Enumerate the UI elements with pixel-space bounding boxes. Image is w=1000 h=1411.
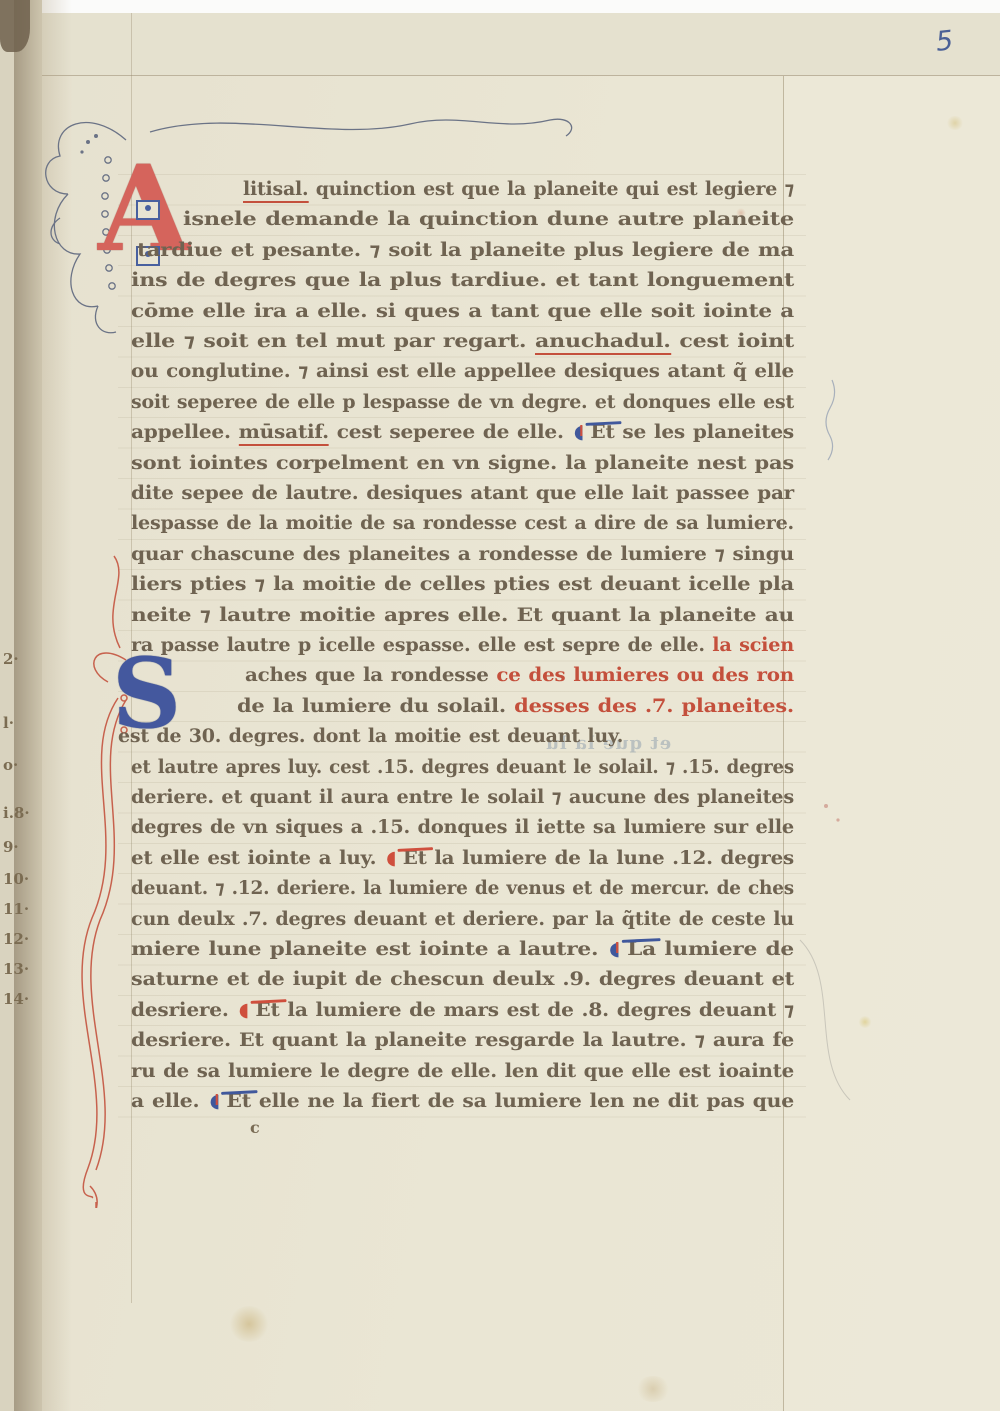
top-crease-line xyxy=(20,75,1000,76)
text-line: desriere. ◖Et la lumiere de mars est de … xyxy=(131,999,794,1028)
pilcrow-mark: ◖ xyxy=(209,1090,220,1112)
text-line: quar chascune des planeites a rondesse d… xyxy=(131,543,794,572)
text-segment: mūsatif. xyxy=(239,421,329,446)
text-segment: elle ⁊ soit en tel mut par regart. xyxy=(131,330,535,352)
text-line: saturne et de iupit de chescun deulx .9.… xyxy=(131,968,794,997)
text-line: isnele demande la quinction dune autre p… xyxy=(183,208,794,237)
text-segment: litisal. xyxy=(243,178,308,203)
text-segment: deuant. ⁊ .12. deriere. la lumiere de ve… xyxy=(131,877,794,899)
text-segment: ins de degres que la plus tardiue. et ta… xyxy=(131,269,794,291)
text-segment: saturne et de iupit de chescun deulx .9.… xyxy=(131,968,794,990)
text-segment: desriere. Et quant la planeite resgarde … xyxy=(131,1029,794,1051)
text-segment: anuchadul. xyxy=(535,330,671,355)
folio-number: 5 xyxy=(934,25,954,58)
gutter-fragment: 12· xyxy=(3,930,29,948)
text-segment: cest ioint xyxy=(671,330,794,352)
text-segment: ou conglutine. ⁊ ainsi est elle appellee… xyxy=(131,360,794,382)
pilcrow-mark: ◖ xyxy=(609,938,620,960)
text-line: ins de degres que la plus tardiue. et ta… xyxy=(131,269,794,298)
text-segment: lespasse de la moitie de sa rondesse ces… xyxy=(131,512,794,534)
text-segment: miere lune planeite est iointe a lautre. xyxy=(131,938,607,960)
text-segment: Et la lumiere de mars est de .8. degres … xyxy=(255,999,794,1021)
manuscript-photo: { "page": { "folio_number": "5", "catchw… xyxy=(0,0,1000,1411)
pilcrow-mark: ◖ xyxy=(574,421,584,443)
text-line: dite sepee de lautre. desiques atant que… xyxy=(131,482,794,511)
parchment-stain xyxy=(946,116,964,130)
text-segment: Et la lumiere de la lune .12. degres xyxy=(403,847,794,869)
text-segment: neite ⁊ lautre moitie apres elle. Et qua… xyxy=(131,604,794,626)
parchment-stain xyxy=(858,1016,872,1028)
text-segment: degres de vn siques a .15. donques il ie… xyxy=(131,816,794,838)
text-line: et lautre apres luy. cest .15. degres de… xyxy=(131,756,794,785)
catchword: c xyxy=(250,1118,260,1137)
text-segment: a elle. xyxy=(131,1090,207,1112)
rubric-segment: la scien xyxy=(712,634,794,656)
text-segment: tardiue et pesante. ⁊ soit la planeite p… xyxy=(137,239,794,261)
rubric-segment: ce des lumieres ou des ron xyxy=(496,664,794,686)
text-line: cōme elle ira a elle. si ques a tant que… xyxy=(131,300,794,329)
text-line: et elle est iointe a luy. ◖Et la lumiere… xyxy=(131,847,794,876)
initial-a-ornament xyxy=(136,200,160,220)
text-line: liers pties ⁊ la moitie de celles pties … xyxy=(131,573,794,602)
text-line: aches que la rondesse ce des lumieres ou… xyxy=(245,664,794,693)
text-segment: ra passe lautre p icelle espasse. elle e… xyxy=(131,634,712,656)
text-line: degres de vn siques a .15. donques il ie… xyxy=(131,816,794,845)
text-line: deuant. ⁊ .12. deriere. la lumiere de ve… xyxy=(131,877,794,906)
text-segment: quinction est que la planeite qui est le… xyxy=(308,178,794,200)
text-segment: et lautre apres luy. cest .15. degres de… xyxy=(131,756,794,778)
page-top-band xyxy=(16,13,1000,76)
text-segment: cōme elle ira a elle. si ques a tant que… xyxy=(131,300,794,322)
gutter-fragment: 14· xyxy=(3,990,29,1008)
text-line: est de 30. degres. dont la moitie est de… xyxy=(118,725,623,754)
text-segment: soit seperee de elle p lespasse de vn de… xyxy=(131,391,794,413)
text-line: miere lune planeite est iointe a lautre.… xyxy=(131,938,794,967)
text-line: deriere. et quant il aura entre le solai… xyxy=(131,786,794,815)
text-line: elle ⁊ soit en tel mut par regart. anuch… xyxy=(131,330,794,359)
text-segment: est de 30. degres. dont la moitie est de… xyxy=(118,725,623,747)
text-line: de la lumiere du solail. desses des .7. … xyxy=(237,695,794,724)
binding-corner xyxy=(0,0,30,52)
text-line: litisal. quinction est que la planeite q… xyxy=(243,178,794,207)
gutter-fragment: 2· xyxy=(3,650,19,668)
gutter-fragment: 9· xyxy=(3,838,19,856)
text-line: appellee. mūsatif. cest seperee de elle.… xyxy=(131,421,794,450)
text-line: a elle. ◖Et elle ne la fiert de sa lumie… xyxy=(131,1090,794,1119)
text-segment: appellee. xyxy=(131,421,239,443)
text-segment: cest seperee de elle. xyxy=(329,421,572,443)
text-segment: liers pties ⁊ la moitie de celles pties … xyxy=(131,573,794,595)
pilcrow-mark: ◖ xyxy=(386,847,396,869)
text-line: ra passe lautre p icelle espasse. elle e… xyxy=(131,634,794,663)
text-segment: isnele demande la quinction dune autre p… xyxy=(183,208,794,230)
text-line: sont iointes corpelment en vn signe. la … xyxy=(131,452,794,481)
text-line: ou conglutine. ⁊ ainsi est elle appellee… xyxy=(131,360,794,389)
text-segment: et elle est iointe a luy. xyxy=(131,847,384,869)
text-line: desriere. Et quant la planeite resgarde … xyxy=(131,1029,794,1058)
text-line: tardiue et pesante. ⁊ soit la planeite p… xyxy=(137,239,794,268)
text-line: soit seperee de elle p lespasse de vn de… xyxy=(131,391,794,420)
margin-squiggles xyxy=(780,280,1000,1140)
gutter-fragment: l· xyxy=(3,714,14,732)
text-segment: dite sepee de lautre. desiques atant que… xyxy=(131,482,794,504)
text-line: neite ⁊ lautre moitie apres elle. Et qua… xyxy=(131,604,794,633)
text-segment: quar chascune des planeites a rondesse d… xyxy=(131,543,794,565)
gutter-fragment: i.8· xyxy=(3,804,30,822)
text-segment: Et se les planeites xyxy=(590,421,794,443)
text-segment: desriere. xyxy=(131,999,237,1021)
text-segment: Et elle ne la fiert de sa lumiere len ne… xyxy=(226,1090,794,1112)
rubric-segment: desses des .7. planeites. xyxy=(514,695,794,717)
gutter-fragment: 11· xyxy=(3,900,29,918)
text-line: ru de sa lumiere le degre de elle. len d… xyxy=(131,1060,794,1089)
text-line: lespasse de la moitie de sa rondesse ces… xyxy=(131,512,794,541)
gutter-fragment: 13· xyxy=(3,960,29,978)
text-line: cun deulx .7. degres deuant et deriere. … xyxy=(131,908,794,937)
text-segment: aches que la rondesse xyxy=(245,664,496,686)
text-segment: deriere. et quant il aura entre le solai… xyxy=(131,786,794,808)
parchment-stain xyxy=(635,1376,671,1402)
text-segment: ru de sa lumiere le degre de elle. len d… xyxy=(131,1060,794,1082)
text-segment: de la lumiere du solail. xyxy=(237,695,514,717)
gutter-fragment: 10· xyxy=(3,870,29,888)
gutter-fragment: o· xyxy=(3,756,18,774)
text-segment: sont iointes corpelment en vn signe. la … xyxy=(131,452,794,474)
text-segment: cun deulx .7. degres deuant et deriere. … xyxy=(131,908,794,930)
parchment-stain xyxy=(228,1306,270,1342)
pilcrow-mark: ◖ xyxy=(239,999,249,1021)
